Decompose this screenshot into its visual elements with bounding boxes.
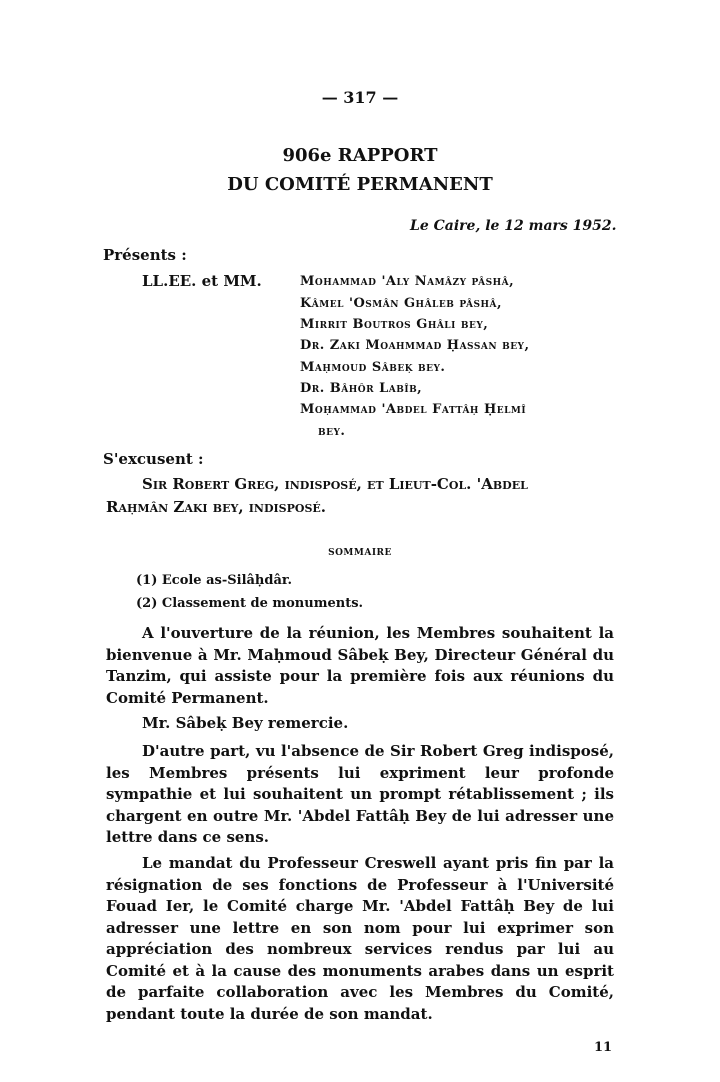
excusent-label: S'excusent : (103, 450, 204, 468)
paragraph-text: Mr. Sâbeḳ Bey remercie. (142, 714, 348, 732)
excusent-line: Raḥmân Zaki bey, indisposé. (106, 498, 326, 516)
member-item: Moḥammad 'Abdel Fattâḥ Ḥelmî (300, 402, 526, 417)
member-item: bey. (318, 424, 345, 439)
paragraph-text: A l'ouverture de la réunion, les Membres… (106, 624, 614, 707)
paragraph-text: Le mandat du Professeur Creswell ayant p… (106, 854, 614, 1023)
body-paragraph: A l'ouverture de la réunion, les Membres… (106, 623, 614, 709)
report-title: 906e RAPPORT (0, 145, 720, 166)
presents-prefix: LL.EE. et MM. (142, 272, 262, 290)
body-paragraph: Le mandat du Professeur Creswell ayant p… (106, 853, 614, 1025)
member-item: Mohammad 'Aly Namâzy pâshâ, (300, 274, 514, 289)
report-subtitle: DU COMITÉ PERMANENT (0, 174, 720, 195)
body-paragraph: D'autre part, vu l'absence de Sir Robert… (106, 741, 614, 849)
page-number: — 317 — (0, 88, 720, 107)
presents-label: Présents : (103, 246, 187, 264)
member-item: Kâmel 'Osmân Ghâleb pâshâ, (300, 296, 502, 311)
body-paragraph: Mr. Sâbeḳ Bey remercie. (106, 713, 614, 735)
excusent-line: Sir Robert Greg, indisposé, et Lieut-Col… (142, 475, 528, 493)
signature-mark: 11 (594, 1040, 612, 1055)
sommaire-item: (2) Classement de monuments. (136, 596, 363, 611)
paragraph-text: D'autre part, vu l'absence de Sir Robert… (106, 742, 614, 846)
member-item: Dr. Zaki Moahmmad Ḥassan bey, (300, 338, 530, 353)
dateline: Le Caire, le 12 mars 1952. (410, 218, 617, 234)
member-item: Mirrit Boutros Ghâli bey, (300, 317, 488, 332)
member-item: Maḥmoud Sâbeḳ bey. (300, 360, 445, 375)
sommaire-item: (1) Ecole as-Silâḥdâr. (136, 573, 292, 588)
sommaire-heading: SOMMAIRE (0, 548, 720, 558)
member-item: Dr. Bâhôr Labîb, (300, 381, 422, 396)
